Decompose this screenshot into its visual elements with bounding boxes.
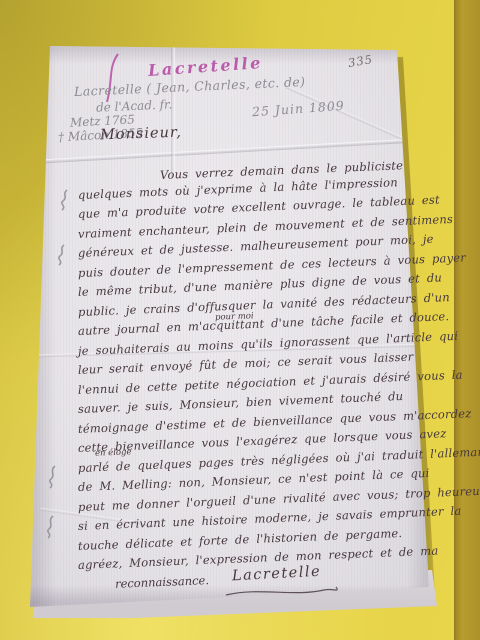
signature: Lacretelle xyxy=(232,564,322,585)
margin-squiggle-mark xyxy=(46,464,58,494)
closing-word: reconnaissance. xyxy=(115,573,209,591)
pencil-inventory-number: 335 xyxy=(347,52,374,70)
salutation: Monsieur, xyxy=(100,125,182,144)
margin-squiggle-mark xyxy=(58,188,70,216)
margin-squiggle-mark xyxy=(44,514,56,544)
interlinear-insertion: en éloge xyxy=(95,447,132,458)
letter-date: 25 Juin 1809 xyxy=(252,98,346,119)
handwriting-layer: Lacretelle Lacretelle ( Jean, Charles, e… xyxy=(0,0,480,640)
interlinear-insertion: pour moi xyxy=(215,311,254,323)
signature-flourish xyxy=(224,584,344,603)
photo-of-letter: Lacretelle Lacretelle ( Jean, Charles, e… xyxy=(0,0,480,640)
margin-squiggle-mark xyxy=(55,243,67,271)
